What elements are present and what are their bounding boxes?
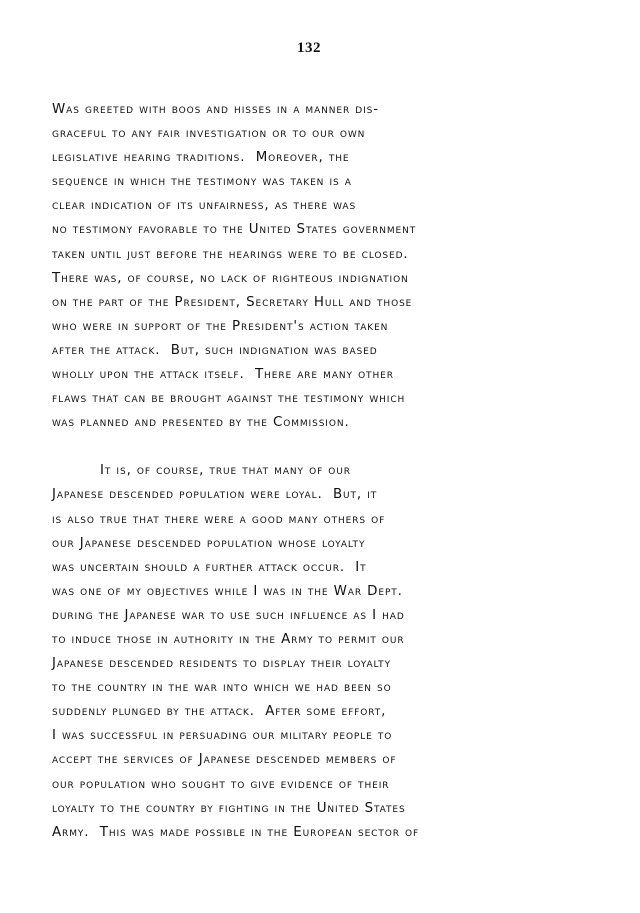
text-line: loyalty to the country by fighting in th…	[52, 797, 612, 821]
text-line: clear indication of its unfairness, as t…	[52, 194, 612, 218]
text-line: graceful to any fair investigation or to…	[52, 122, 612, 146]
text-line: Was greeted with boos and hisses in a ma…	[52, 98, 612, 122]
text-line: There was, of course, no lack of righteo…	[52, 267, 612, 291]
text-line: accept the services of Japanese descende…	[52, 748, 612, 772]
text-line: our population who sought to give eviden…	[52, 773, 612, 797]
text-line: no testimony favorable to the United Sta…	[52, 218, 612, 242]
text-line: legislative hearing traditions. Moreover…	[52, 146, 612, 170]
page-number: 132	[0, 40, 618, 57]
paragraph: Was greeted with boos and hisses in a ma…	[52, 98, 612, 435]
text-line: who were in support of the President's a…	[52, 315, 612, 339]
body-text: Was greeted with boos and hisses in a ma…	[52, 98, 612, 845]
text-line: wholly upon the attack itself. There are…	[52, 363, 612, 387]
text-line: was planned and presented by the Commiss…	[52, 411, 612, 435]
text-line: taken until just before the hearings wer…	[52, 243, 612, 267]
text-line: I was successful in persuading our milit…	[52, 724, 612, 748]
text-line: sequence in which the testimony was take…	[52, 170, 612, 194]
text-line: was uncertain should a further attack oc…	[52, 556, 612, 580]
text-line: Japanese descended population were loyal…	[52, 483, 612, 507]
text-line: our Japanese descended population whose …	[52, 532, 612, 556]
text-line: on the part of the President, Secretary …	[52, 291, 612, 315]
text-line: suddenly plunged by the attack. After so…	[52, 700, 612, 724]
text-line: to induce those in authority in the Army…	[52, 628, 612, 652]
text-line: after the attack. But, such indignation …	[52, 339, 612, 363]
text-line: Japanese descended residents to display …	[52, 652, 612, 676]
text-line: is also true that there were a good many…	[52, 508, 612, 532]
paragraph-gap	[52, 435, 612, 459]
paragraph: It is, of course, true that many of ourJ…	[52, 459, 612, 845]
text-line: to the country in the war into which we …	[52, 676, 612, 700]
text-line: during the Japanese war to use such infl…	[52, 604, 612, 628]
text-line: Army. This was made possible in the Euro…	[52, 821, 612, 845]
text-line: flaws that can be brought against the te…	[52, 387, 612, 411]
text-line: was one of my objectives while I was in …	[52, 580, 612, 604]
text-line: It is, of course, true that many of our	[52, 459, 612, 483]
